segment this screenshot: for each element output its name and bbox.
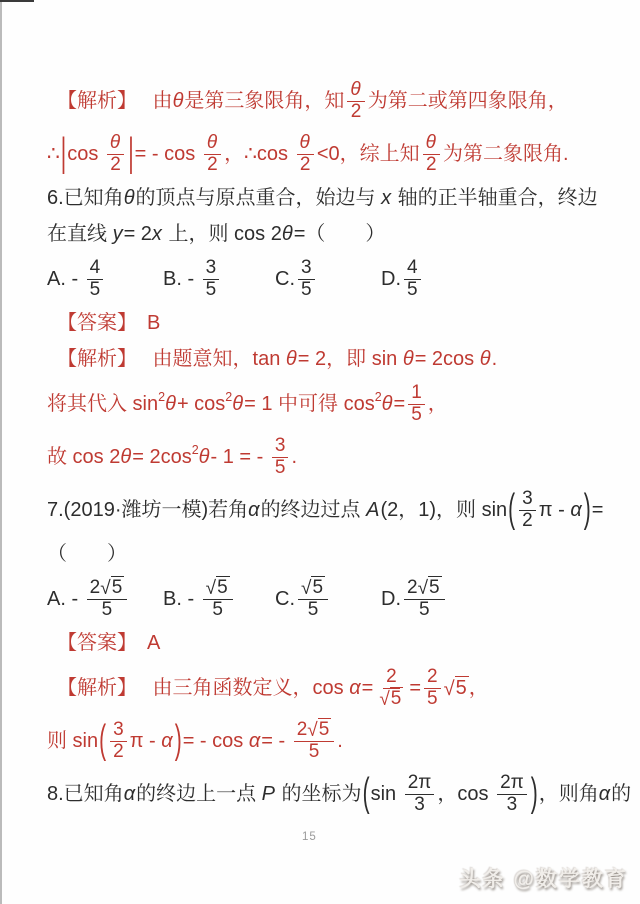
math-variable: θ — [286, 347, 298, 372]
math-variable: θ — [165, 392, 177, 417]
document-content: 【解析】 由θ是第三象限角，知θ2为第二或第四象限角，∴|cos θ2|= - … — [0, 0, 640, 826]
text-run: 轴的正半轴重合，终边 — [392, 186, 598, 211]
text-run: 4 — [90, 257, 101, 278]
fraction-denominator: √5 — [376, 689, 406, 710]
solution-5-line-1: 【解析】 由θ是第三象限角，知θ2为第二或第四象限角， — [47, 80, 616, 122]
fraction-numerator: 3 — [519, 489, 536, 511]
option-A: A. - 45 — [47, 258, 163, 300]
fraction-numerator: 4 — [87, 258, 104, 280]
question-6-options: A. - 45B. - 35C.35D.45 — [47, 258, 616, 300]
option-D: D.2√55 — [381, 578, 448, 620]
text-run: 1 — [411, 382, 422, 403]
square-root: √5 — [444, 676, 469, 701]
radical-sign: √ — [444, 677, 455, 702]
question-7-answer: 【答案】 A — [47, 631, 616, 656]
fraction-denominator: 5 — [306, 742, 323, 763]
fraction-numerator: 2√5 — [294, 720, 335, 742]
text-run: 3 — [522, 488, 533, 509]
fraction-numerator: 2√5 — [404, 578, 445, 600]
text-run: 【解析】 由题意知，tan — [57, 347, 286, 372]
text-run: = 2 — [124, 222, 152, 247]
math-variable: θ — [232, 392, 244, 417]
option-C: C.35 — [275, 258, 381, 300]
fraction-denominator: 2 — [348, 102, 365, 123]
question-7-solution-1: 【解析】 由三角函数定义，cos α=2√5=25√5， — [47, 667, 616, 709]
question-7-solution-2: 则 sin(32π - α)= - cos α= - 2√55. — [47, 720, 616, 762]
math-variable: x — [381, 186, 392, 211]
text-run: =（ ） — [294, 222, 386, 247]
math-variable: θ — [350, 79, 361, 100]
text-run: 为第二或第四象限角， — [368, 89, 568, 114]
fraction-denominator: 5 — [424, 689, 441, 710]
fraction: θ2 — [423, 133, 440, 175]
text-run: 2 — [407, 577, 418, 598]
text-run: 8.已知角 — [47, 782, 124, 807]
text-run: 的终边上一点 — [136, 782, 262, 807]
text-run: 2 — [386, 666, 397, 687]
question-6-solution-2: 将其代入 sin2θ+ cos2θ= 1 中可得 cos2θ=15， — [47, 383, 616, 425]
question-7-line-1: 7.(2019·潍坊一模)若角α的终边过点 A(2，1)，则 sin(32π -… — [47, 489, 616, 531]
text-run: ，cos — [437, 782, 494, 807]
text-run: 为第二象限角. — [443, 142, 569, 167]
text-run: 3 — [301, 257, 312, 278]
fraction: √55 — [203, 578, 233, 620]
fraction-numerator: θ — [107, 133, 124, 155]
text-run: 5 — [212, 599, 223, 620]
radicand: 5 — [318, 718, 332, 740]
radical-sign: √ — [379, 690, 389, 711]
question-6-line-1: 6.已知角θ的顶点与原点重合，始边与 x 轴的正半轴重合，终边 — [47, 186, 616, 211]
fraction-denominator: 2 — [110, 742, 127, 763]
fraction-numerator: 3 — [203, 258, 220, 280]
fraction: 2√55 — [404, 578, 445, 620]
fraction-numerator: 3 — [110, 720, 127, 742]
text-run: 5 — [391, 688, 402, 709]
text-run: 2 — [90, 577, 101, 598]
text-run: = — [362, 676, 374, 701]
option-D: D.45 — [381, 258, 424, 300]
text-run: 5 — [90, 279, 101, 300]
text-run: + cos — [177, 392, 225, 417]
text-run: = - — [261, 729, 290, 754]
text-run: = 2cos — [132, 445, 191, 470]
text-run: 6.已知角 — [47, 186, 124, 211]
square-root: √5 — [100, 577, 124, 598]
text-run: 【答案】 A — [57, 631, 160, 656]
text-run: cos — [67, 142, 104, 167]
fraction-denominator: 5 — [272, 458, 289, 479]
text-run: 的坐标为 — [276, 782, 362, 807]
text-run: 【解析】 由三角函数定义，cos — [57, 676, 349, 701]
text-run: A. - — [47, 267, 84, 292]
radicand: 5 — [455, 676, 469, 699]
text-run: 3 — [275, 435, 286, 456]
fraction-numerator: 3 — [272, 436, 289, 458]
radical-sign: √ — [301, 579, 311, 600]
big-delimiter: ( — [363, 769, 370, 819]
superscript: 2 — [158, 391, 165, 404]
question-6-line-2: 在直线 y= 2x 上，则 cos 2θ=（ ） — [47, 222, 616, 247]
text-run: 2 — [110, 154, 121, 175]
big-delimiter: ) — [175, 716, 182, 766]
math-variable: θ — [480, 347, 492, 372]
text-run: - 1 = - — [211, 445, 269, 470]
fraction-numerator: 4 — [404, 258, 421, 280]
question-8-line-1: 8.已知角α的终边上一点 P 的坐标为(sin 2π3，cos 2π3)，则角α… — [47, 773, 616, 815]
big-delimiter: ( — [99, 716, 106, 766]
text-run: 5 — [309, 741, 320, 762]
fraction: 2π3 — [405, 773, 435, 815]
math-variable: θ — [124, 186, 136, 211]
text-run: 2 — [351, 101, 362, 122]
text-run: 2π — [408, 772, 432, 793]
radicand: 5 — [216, 576, 230, 598]
text-run: 2 — [300, 154, 311, 175]
fraction: θ2 — [107, 133, 124, 175]
fraction: θ2 — [347, 80, 364, 122]
big-delimiter: ( — [508, 485, 515, 535]
math-variable: α — [161, 729, 173, 754]
math-variable: x — [152, 222, 163, 247]
fraction-denominator: 2 — [107, 155, 124, 176]
fraction: 2√55 — [87, 578, 128, 620]
fraction-numerator: √5 — [298, 578, 328, 600]
fraction: 2π3 — [497, 773, 527, 815]
radical-sign: √ — [100, 579, 110, 600]
text-run: 【答案】 B — [57, 311, 160, 336]
math-variable: θ — [110, 132, 121, 153]
radicand: 5 — [311, 576, 325, 598]
fraction: 25 — [424, 667, 441, 709]
math-variable: α — [570, 498, 582, 523]
text-run: B. - — [163, 587, 200, 612]
text-run: . — [337, 729, 343, 754]
text-run: 2 — [207, 154, 218, 175]
fraction: 45 — [404, 258, 421, 300]
fraction: 35 — [298, 258, 315, 300]
fraction-denominator: 2 — [204, 155, 221, 176]
math-variable: α — [248, 498, 260, 523]
square-root: √5 — [301, 577, 325, 598]
fraction-numerator: 3 — [298, 258, 315, 280]
fraction-denominator: 5 — [404, 280, 421, 301]
text-run: 3 — [206, 257, 217, 278]
superscript: 2 — [192, 444, 199, 457]
watermark: 头条 @数学教育 — [460, 863, 628, 893]
option-B: B. - 35 — [163, 258, 275, 300]
text-run: 2 — [522, 510, 533, 531]
square-root: √5 — [206, 577, 230, 598]
radicand: 5 — [111, 576, 125, 598]
math-variable: θ — [382, 392, 394, 417]
fraction-numerator: 2 — [383, 667, 400, 689]
fraction-denominator: 5 — [99, 600, 116, 621]
superscript: 2 — [375, 391, 382, 404]
text-run: . — [492, 347, 498, 372]
text-run: 5 — [275, 457, 286, 478]
text-run: π - — [539, 498, 571, 523]
big-delimiter: ) — [531, 769, 538, 819]
text-run: 5 — [308, 599, 319, 620]
text-run: 5 — [312, 577, 323, 598]
text-run: ，则角 — [539, 782, 599, 807]
question-7-options: A. - 2√55B. - √55C.√55D.2√55 — [47, 578, 616, 620]
text-run: C. — [275, 587, 295, 612]
option-A: A. - 2√55 — [47, 578, 163, 620]
fraction-denominator: 5 — [305, 600, 322, 621]
text-run: A. - — [47, 587, 84, 612]
fraction-numerator: 1 — [408, 383, 425, 405]
text-run: 5 — [319, 719, 330, 740]
fraction-numerator: 2 — [424, 667, 441, 689]
text-run: 7.(2019·潍坊一模)若角 — [47, 498, 248, 523]
text-run: π - — [130, 729, 162, 754]
text-run: = — [592, 498, 604, 523]
text-run: 5 — [206, 279, 217, 300]
fraction: 35 — [272, 436, 289, 478]
text-run: （ ） — [47, 542, 127, 567]
text-run: 将其代入 sin — [47, 392, 158, 417]
fraction-denominator: 5 — [408, 405, 425, 426]
math-variable: A — [366, 498, 380, 523]
fraction-numerator: θ — [297, 133, 314, 155]
math-variable: θ — [282, 222, 294, 247]
fraction-numerator: 2π — [497, 773, 527, 795]
math-variable: α — [249, 729, 261, 754]
fraction-denominator: 5 — [298, 280, 315, 301]
text-run: = 2cos — [415, 347, 480, 372]
fraction-denominator: 5 — [87, 280, 104, 301]
text-run: 4 — [407, 257, 418, 278]
text-run: 的终边过点 — [261, 498, 367, 523]
question-7-line-2: （ ） — [47, 542, 616, 567]
text-run: (2，1)，则 sin — [380, 498, 507, 523]
text-run: 5 — [407, 279, 418, 300]
text-run: ， — [428, 392, 448, 417]
text-run: D. — [381, 267, 401, 292]
text-run: 是第三象限角，知 — [184, 89, 344, 114]
text-run: 故 cos 2 — [47, 445, 120, 470]
fraction-denominator: 2 — [519, 511, 536, 532]
text-run: = 2，即 sin — [298, 347, 403, 372]
text-run: 的 — [611, 782, 631, 807]
text-run: 3 — [507, 794, 518, 815]
page-number: 15 — [302, 831, 317, 843]
square-root: √5 — [379, 688, 403, 709]
text-run: <0，综上知 — [317, 142, 420, 167]
math-variable: α — [349, 676, 361, 701]
radical-sign: √ — [206, 579, 216, 600]
fraction-numerator: √5 — [203, 578, 233, 600]
text-run: = 1 中可得 cos — [244, 392, 375, 417]
text-run: 【解析】 由 — [57, 89, 173, 114]
math-variable: θ — [120, 445, 132, 470]
text-run: = - cos — [135, 142, 201, 167]
fraction: 32 — [110, 720, 127, 762]
text-run: 的顶点与原点重合，始边与 — [136, 186, 382, 211]
text-run: = — [394, 392, 406, 417]
question-6-answer: 【答案】 B — [47, 311, 616, 336]
fraction-denominator: 2 — [297, 155, 314, 176]
text-run: 在直线 — [47, 222, 113, 247]
radical-sign: √ — [418, 579, 428, 600]
math-variable: α — [124, 782, 136, 807]
fraction-denominator: 3 — [504, 795, 521, 816]
text-run: 5 — [429, 577, 440, 598]
fraction-numerator: θ — [204, 133, 221, 155]
big-delimiter: | — [61, 129, 66, 179]
text-run: 上，则 cos 2 — [163, 222, 282, 247]
math-variable: α — [599, 782, 611, 807]
fraction: √55 — [298, 578, 328, 620]
text-run: . — [291, 445, 297, 470]
superscript: 2 — [225, 391, 232, 404]
text-run: 3 — [414, 794, 425, 815]
option-B: B. - √55 — [163, 578, 275, 620]
text-run: 5 — [217, 577, 228, 598]
fraction: 15 — [408, 383, 425, 425]
radicand: 5 — [390, 687, 404, 709]
fraction-numerator: 2√5 — [87, 578, 128, 600]
text-run: 2 — [297, 719, 308, 740]
math-variable: θ — [403, 347, 415, 372]
fraction: 2√5 — [376, 667, 406, 709]
fraction: 2√55 — [294, 720, 335, 762]
text-run: D. — [381, 587, 401, 612]
text-run: 2 — [426, 154, 437, 175]
text-run: 2π — [500, 772, 524, 793]
math-variable: θ — [300, 132, 311, 153]
radicand: 5 — [428, 576, 442, 598]
fraction-denominator: 3 — [411, 795, 428, 816]
text-run: B. - — [163, 267, 200, 292]
math-variable: θ — [199, 445, 211, 470]
fraction-numerator: 2π — [405, 773, 435, 795]
text-run: C. — [275, 267, 295, 292]
fraction: 45 — [87, 258, 104, 300]
fraction-numerator: θ — [423, 133, 440, 155]
fraction: θ2 — [297, 133, 314, 175]
radical-sign: √ — [307, 721, 317, 742]
text-run: 2 — [427, 666, 438, 687]
big-delimiter: ) — [584, 485, 591, 535]
text-run: 3 — [113, 719, 124, 740]
math-variable: y — [113, 222, 124, 247]
square-root: √5 — [418, 577, 442, 598]
text-run: 5 — [301, 279, 312, 300]
text-run: 则 sin — [47, 729, 98, 754]
math-variable: θ — [173, 89, 185, 114]
fraction-denominator: 5 — [416, 600, 433, 621]
fraction-numerator: θ — [347, 80, 364, 102]
question-6-solution-3: 故 cos 2θ= 2cos2θ- 1 = - 35. — [47, 436, 616, 478]
text-run: 5 — [456, 677, 467, 699]
text-run: = — [409, 676, 421, 701]
math-variable: θ — [207, 132, 218, 153]
solution-5-line-2: ∴|cos θ2|= - cos θ2，∴cos θ2<0，综上知θ2为第二象限… — [47, 133, 616, 175]
text-run: 5 — [112, 577, 123, 598]
big-delimiter: | — [128, 129, 133, 179]
text-run: 5 — [411, 404, 422, 425]
text-run: ∴ — [47, 142, 60, 167]
math-variable: P — [262, 782, 276, 807]
fraction: 32 — [519, 489, 536, 531]
text-run: = - cos — [183, 729, 249, 754]
fraction: 35 — [203, 258, 220, 300]
math-variable: θ — [426, 132, 437, 153]
fraction-denominator: 2 — [423, 155, 440, 176]
fraction-denominator: 5 — [203, 280, 220, 301]
text-run: 5 — [427, 688, 438, 709]
square-root: √5 — [307, 719, 331, 740]
text-run: 5 — [102, 599, 113, 620]
text-run: ，∴cos — [224, 142, 293, 167]
text-run: sin — [371, 782, 402, 807]
fraction: θ2 — [204, 133, 221, 175]
text-run: 2 — [113, 741, 124, 762]
text-run: 5 — [419, 599, 430, 620]
question-6-solution-1: 【解析】 由题意知，tan θ= 2，即 sin θ= 2cos θ. — [47, 347, 616, 372]
option-C: C.√55 — [275, 578, 381, 620]
fraction-denominator: 5 — [209, 600, 226, 621]
text-run: ， — [469, 676, 489, 701]
